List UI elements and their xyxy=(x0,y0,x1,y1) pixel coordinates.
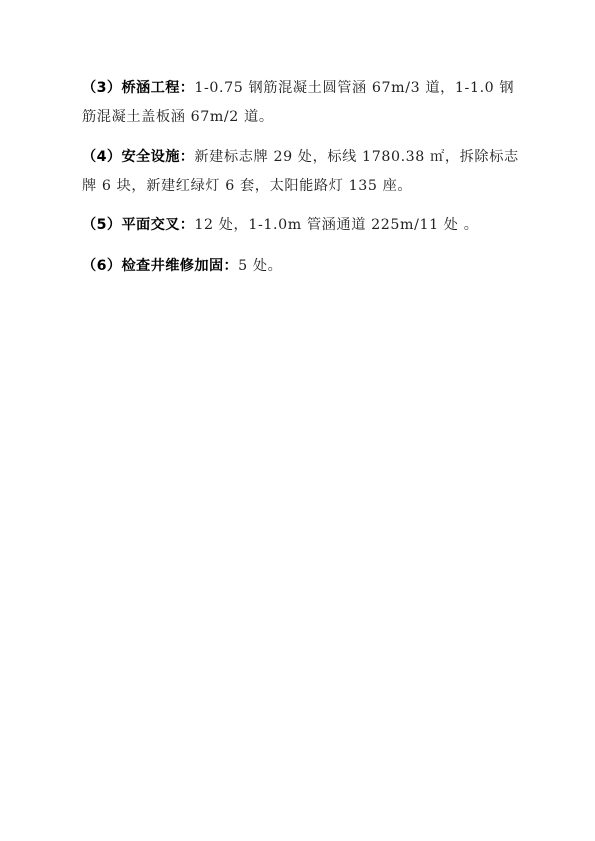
document-page: （3）桥涵工程：1-0.75 钢筋混凝土圆管涵 67m/3 道，1-1.0 钢筋… xyxy=(0,0,595,841)
item-level-crossing: （5）平面交叉：12 处，1-1.0m 管涵通道 225m/11 处 。 xyxy=(82,211,522,240)
item-text: 5 处。 xyxy=(238,258,282,274)
item-label: （4）安全设施： xyxy=(82,149,194,165)
item-label: （3）桥涵工程： xyxy=(82,80,194,96)
item-manhole-repair: （6）检查井维修加固：5 处。 xyxy=(82,252,522,281)
item-label: （5）平面交叉： xyxy=(82,217,194,233)
item-bridge-culvert: （3）桥涵工程：1-0.75 钢筋混凝土圆管涵 67m/3 道，1-1.0 钢筋… xyxy=(82,74,522,132)
item-label: （6）检查井维修加固： xyxy=(82,258,238,274)
item-text: 12 处，1-1.0m 管涵通道 225m/11 处 。 xyxy=(194,217,478,233)
item-safety-facilities: （4）安全设施：新建标志牌 29 处，标线 1780.38 ㎡，拆除标志牌 6 … xyxy=(82,143,522,201)
